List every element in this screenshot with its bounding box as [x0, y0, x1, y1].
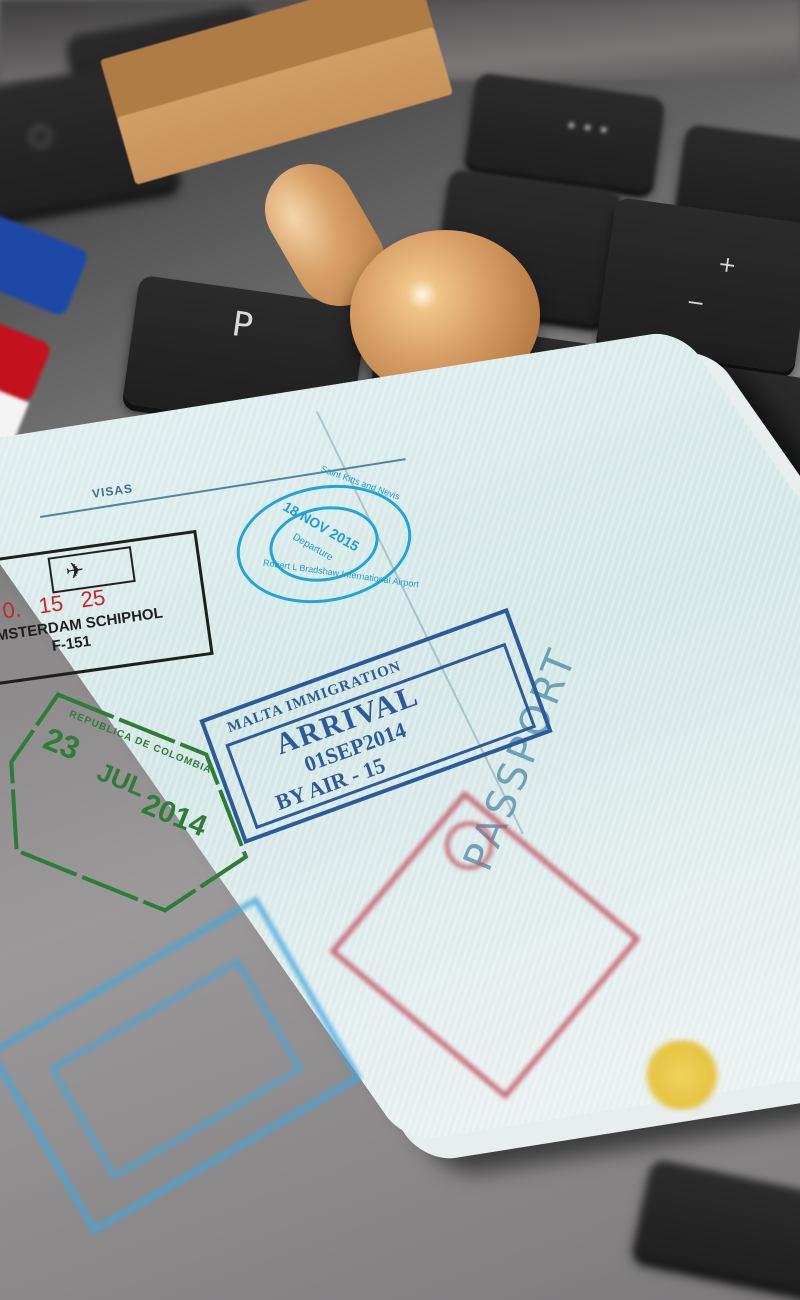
- key-glyph-p: P: [229, 304, 255, 346]
- flag-blue-stripe: [0, 200, 90, 317]
- airplane-icon: ✈: [64, 557, 86, 585]
- key-glyph-minus: −: [685, 290, 707, 317]
- photo-scene: ◌ • • • + − P [ } ] ’ S VIS VISAS PASS: [0, 0, 800, 1300]
- key-glyph: ◌: [26, 118, 54, 151]
- red-stamp-ring: [435, 812, 503, 880]
- blue-stamp-inner-box: [50, 959, 303, 1179]
- key-bottom-right: [632, 1158, 800, 1300]
- key-glyph-plus: +: [716, 252, 738, 279]
- gold-seal-icon: [642, 1040, 722, 1110]
- key-glyph: • • •: [565, 115, 611, 142]
- french-flag-icon: [0, 200, 90, 456]
